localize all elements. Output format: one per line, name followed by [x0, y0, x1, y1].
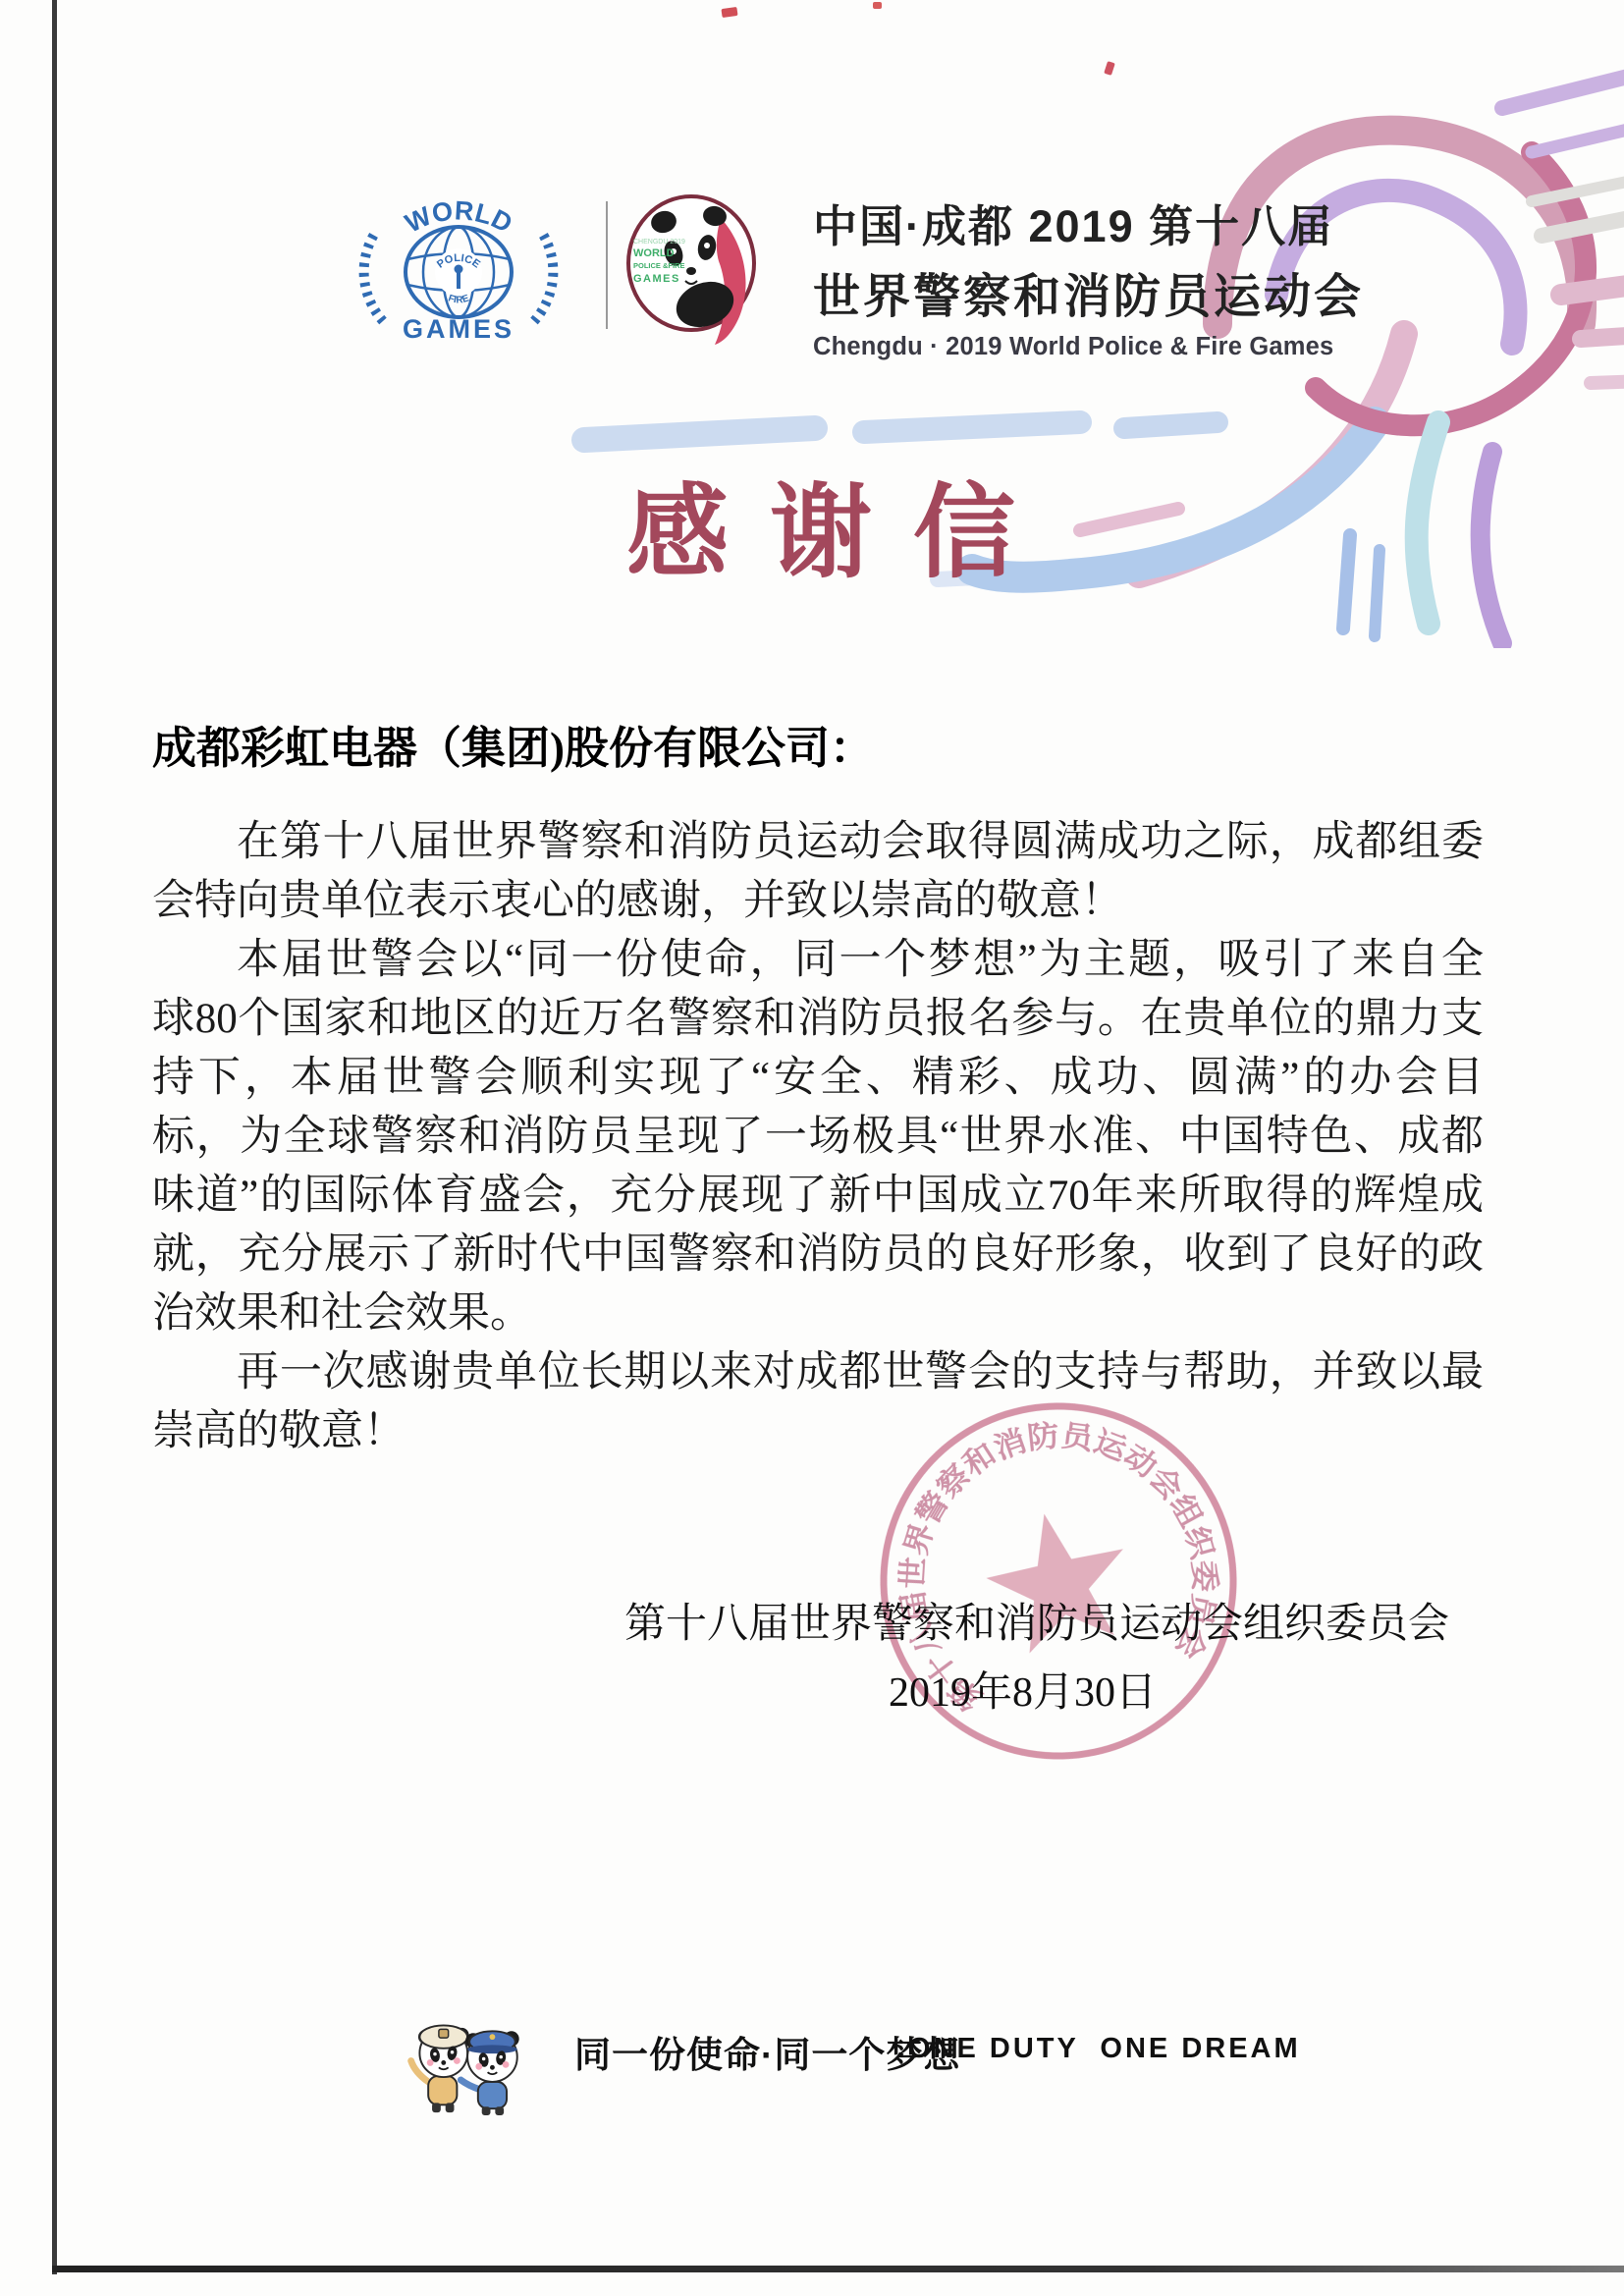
- scan-edge-left: [52, 0, 57, 2274]
- wpfg-world-text: WORLD: [401, 195, 517, 239]
- laurel-left: [364, 233, 383, 321]
- event-title-en: Chengdu · 2019 World Police & Fire Games: [813, 333, 1364, 361]
- footer-slogan-cn: 同一份使命·同一个梦想: [574, 2025, 960, 2078]
- event-title-cn-line1: 中国·成都 2019 第十八届: [813, 191, 1364, 254]
- body-line: 本届世警会以“同一份使命，同一个梦想”为主题，吸引了来自全: [152, 931, 1484, 990]
- wpfg-globe-logo: WORLD POLICE FIRE GAMES: [346, 189, 571, 341]
- body-line: 会特向贵单位表示衷心的感谢，并致以崇高的敬意！: [152, 872, 1484, 931]
- body-line: 味道”的国际体育盛会，充分展现了新中国成立70年来所取得的辉煌成: [152, 1167, 1484, 1226]
- laurel-right: [534, 233, 553, 321]
- letter-page: WORLD POLICE FIRE GAMES: [0, 0, 1624, 2296]
- scan-mark: [1104, 61, 1115, 76]
- svg-text:WORLD: WORLD: [401, 195, 517, 239]
- panda-mascot-logo: CHENGDU 2019 WORLD POLICE &FIRE GAMES: [624, 192, 764, 346]
- body-line: 就，充分展示了新时代中国警察和消防员的良好形象，收到了良好的政: [152, 1226, 1484, 1285]
- body-line: 治效果和社会效果。: [152, 1285, 1484, 1343]
- logo-divider: [606, 201, 608, 329]
- svg-text:CHENGDU 2019: CHENGDU 2019: [633, 239, 685, 246]
- svg-text:GAMES: GAMES: [633, 273, 680, 285]
- svg-text:POLICE &FIRE: POLICE &FIRE: [633, 261, 685, 270]
- body-line: 崇高的敬意！: [152, 1402, 1484, 1461]
- body-line: 球80个国家和地区的近万名警察和消防员报名参与。在贵单位的鼎力支: [152, 990, 1484, 1049]
- body-line: 标，为全球警察和消防员呈现了一场极具“世界水准、中国特色、成都: [152, 1108, 1484, 1167]
- signature-date: 2019年8月30日: [889, 1660, 1157, 1719]
- footer-slogan-en: ONE DUTY ONE DREAM: [908, 2033, 1301, 2065]
- event-title-cn-line2: 世界警察和消防员运动会: [813, 258, 1364, 326]
- header-titles: 中国·成都 2019 第十八届 世界警察和消防员运动会 Chengdu · 20…: [813, 191, 1364, 361]
- letter-body: 成都彩虹电器（集团)股份有限公司： 在第十八届世界警察和消防员运动会取得圆满成功…: [152, 719, 1484, 1461]
- svg-text:WORLD: WORLD: [633, 247, 675, 259]
- scan-mark: [721, 7, 737, 18]
- fire-panda: [411, 2025, 469, 2112]
- wpfg-games-text: GAMES: [403, 314, 514, 341]
- body-line: 在第十八届世界警察和消防员运动会取得圆满成功之际，成都组委: [152, 813, 1484, 872]
- letter-title: 感谢信: [626, 450, 1056, 597]
- scan-edge-bottom: [52, 2266, 1624, 2272]
- body-line: 再一次感谢贵单位长期以来对成都世警会的支持与帮助，并致以最: [152, 1343, 1484, 1402]
- mascot-pandas: [398, 2005, 545, 2115]
- police-panda: [460, 2031, 518, 2115]
- body-line: 持下，本届世警会顺利实现了“安全、精彩、成功、圆满”的办会目: [152, 1049, 1484, 1108]
- scan-mark: [873, 2, 882, 9]
- salutation: 成都彩虹电器（集团)股份有限公司：: [152, 719, 1484, 778]
- signature-committee: 第十八届世界警察和消防员运动会组织委员会: [624, 1591, 1449, 1650]
